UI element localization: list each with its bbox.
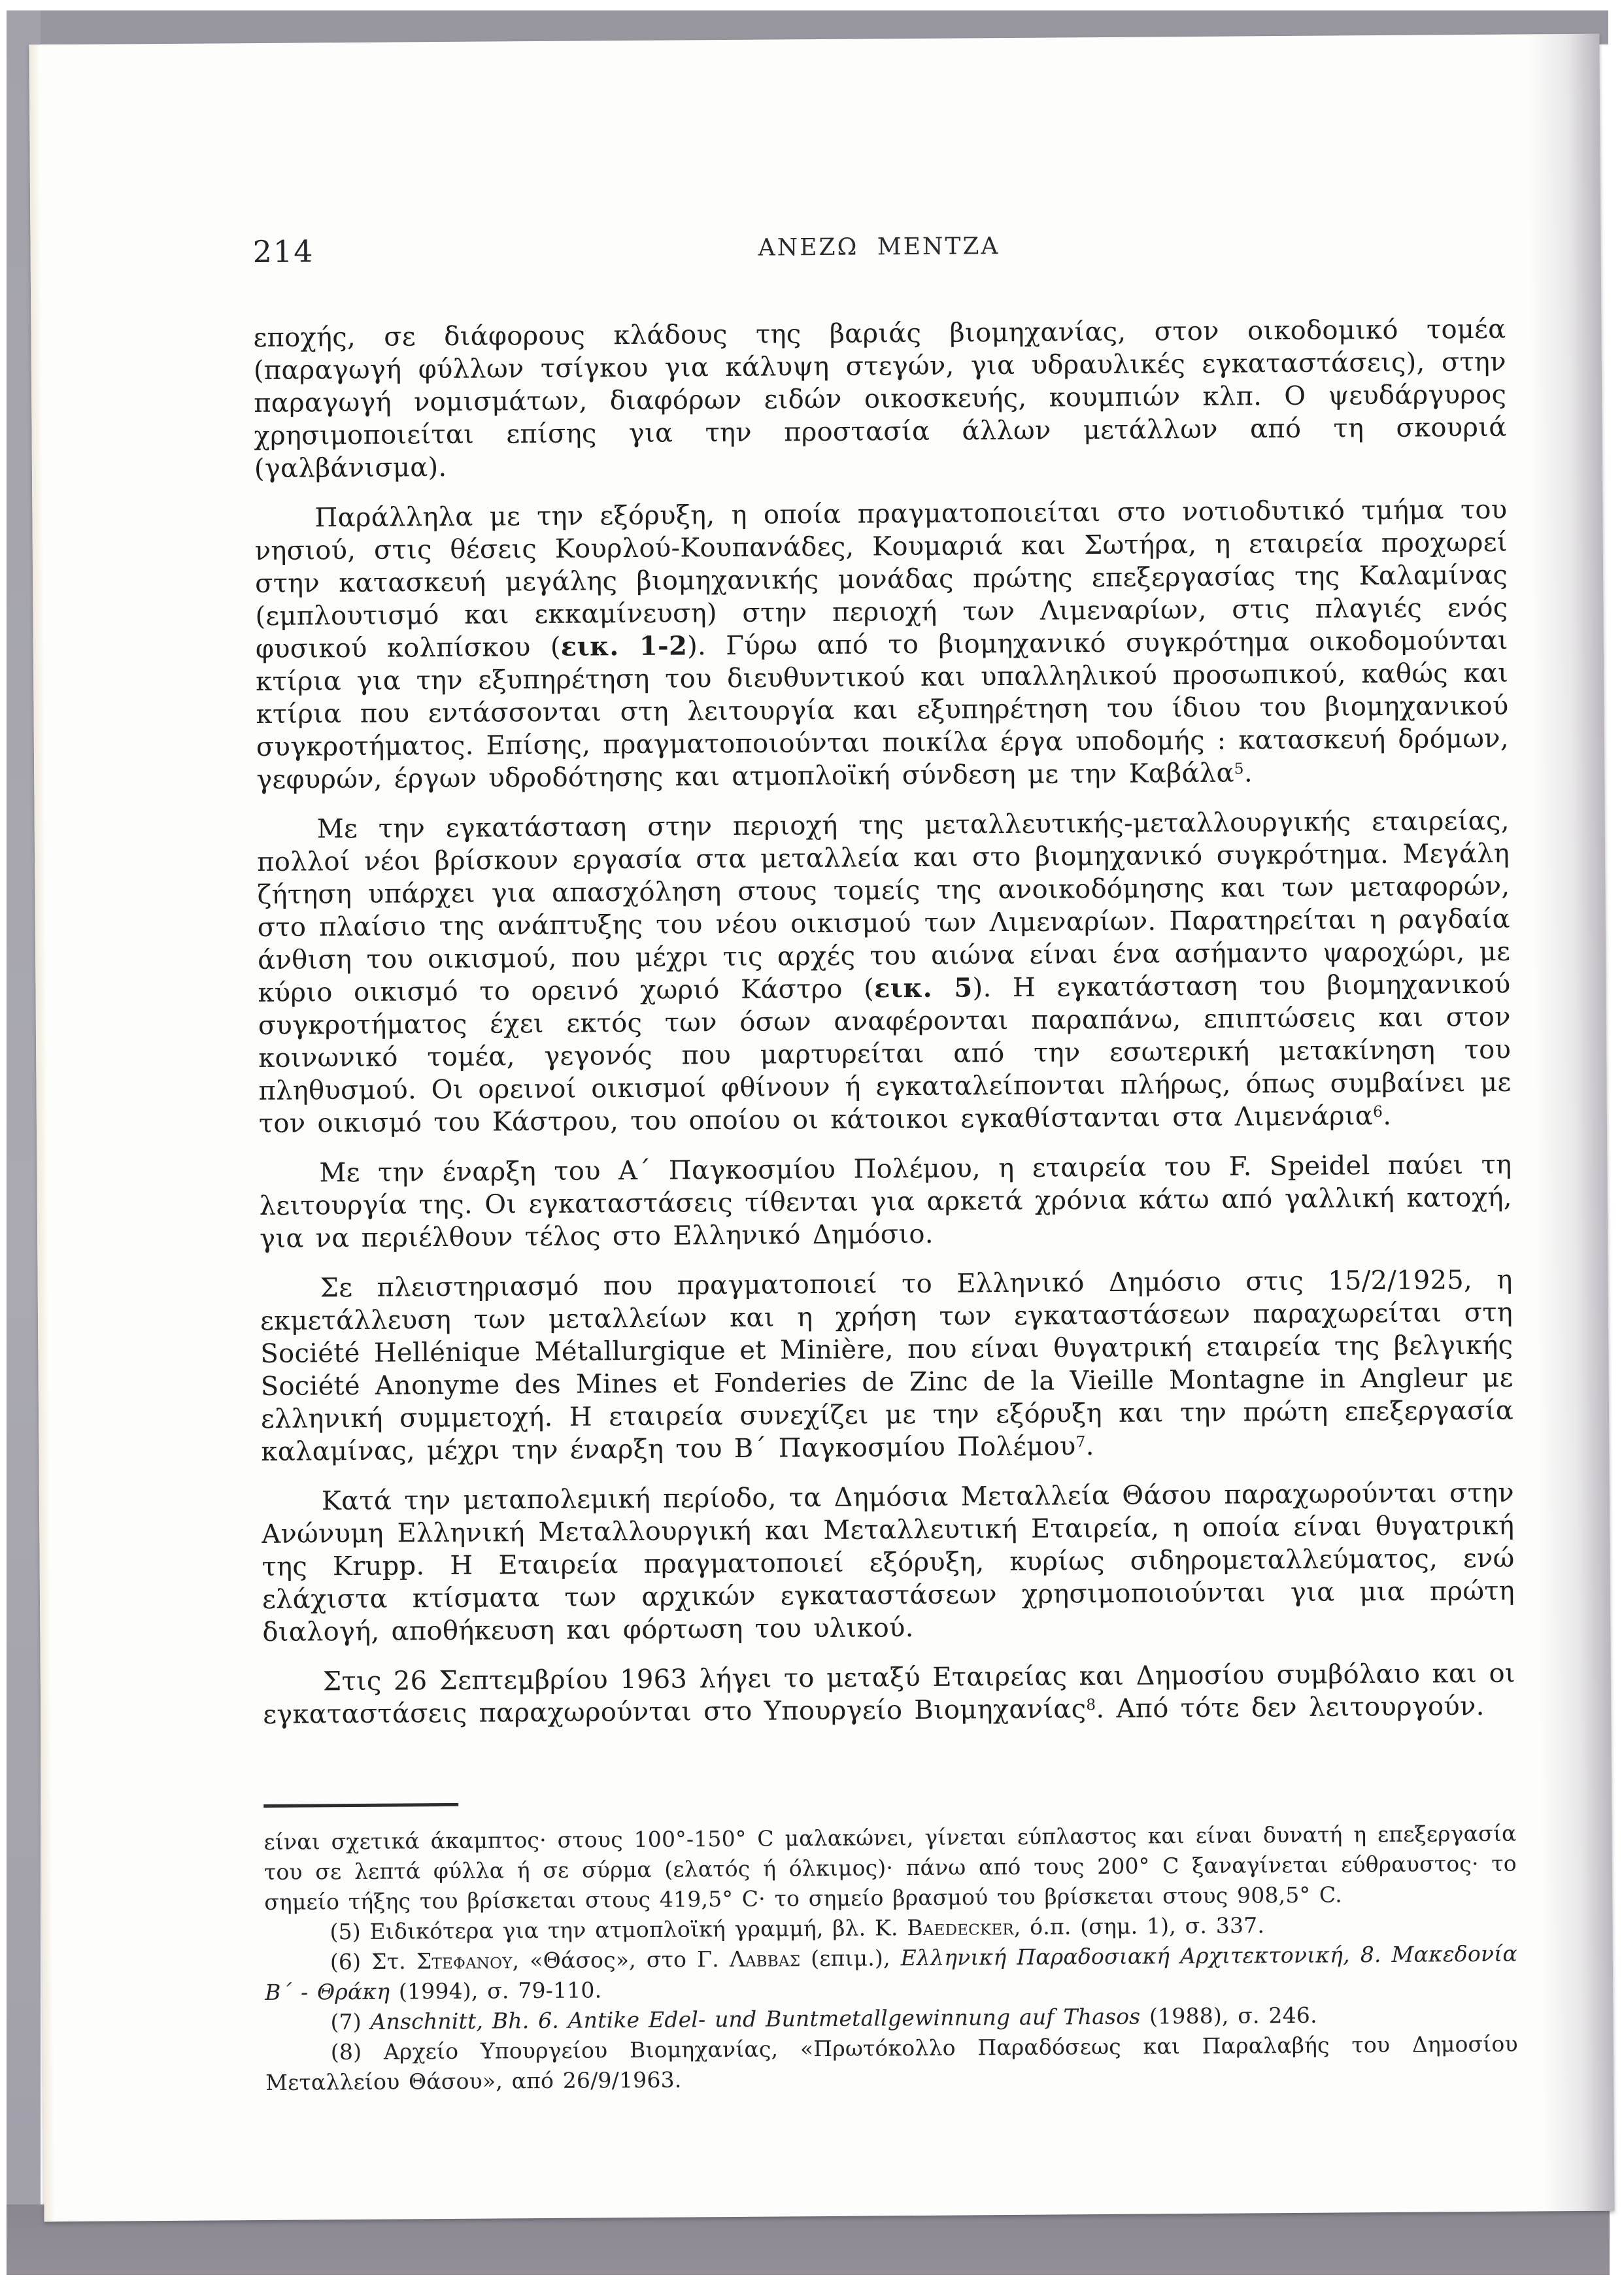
text-segment: .	[1085, 1431, 1094, 1461]
text-segment: εποχής, σε διάφορους κλάδους της βαριάς …	[253, 314, 1506, 484]
text-segment: Σε πλειστηριασμό που πραγματοποιεί το Ελ…	[260, 1265, 1513, 1467]
footnotes: είναι σχετικά άκαμπτος· στους 100°-150° …	[263, 1819, 1518, 2098]
running-header-author: ΑΝΕΖΩ ΜΕΝΤΖΑ	[758, 233, 1000, 262]
text-segment: εικ. 1-2	[561, 630, 688, 662]
body-text: εποχής, σε διάφορους κλάδους της βαριάς …	[253, 313, 1515, 1731]
text-segment: (7)	[330, 2009, 370, 2034]
text-segment: (5) Ειδικότερα για την ατμοπλοϊκή γραμμή…	[329, 1915, 907, 1944]
page-header: 214 ΑΝΕΖΩ ΜΕΝΤΖΑ	[252, 226, 1505, 272]
text-segment: Με την έναρξη του Α΄ Παγκοσμίου Πολέμου,…	[260, 1150, 1512, 1254]
text-segment: Baedecker	[907, 1914, 1014, 1940]
body-paragraph: Κατά την μεταπολεμική περίοδο, τα Δημόσι…	[262, 1477, 1515, 1649]
footnote-separator-rule	[263, 1803, 458, 1808]
text-segment: .	[1383, 1101, 1391, 1131]
text-segment: . Από τότε δεν λειτουργούν.	[1096, 1691, 1485, 1724]
text-segment: (6) Στ.	[330, 1948, 416, 1974]
footnote-reference: 5	[1234, 760, 1244, 778]
footnote-reference: 8	[1086, 1697, 1096, 1714]
footnote-reference: 6	[1373, 1103, 1383, 1121]
page-content: 214 ΑΝΕΖΩ ΜΕΝΤΖΑ εποχής, σε διάφορους κλ…	[29, 34, 1614, 2222]
body-paragraph: Με την εγκατάσταση στην περιοχή της μετα…	[257, 805, 1512, 1140]
body-paragraph: Με την έναρξη του Α΄ Παγκοσμίου Πολέμου,…	[259, 1149, 1512, 1255]
text-segment: (επιμ.),	[800, 1945, 901, 1971]
text-segment: Λαββας	[730, 1946, 801, 1972]
page-number: 214	[252, 233, 314, 269]
text-segment: , «Θάσος», στο Γ.	[512, 1946, 730, 1973]
footnote-entry: (6) Στ. Στεφανου, «Θάσος», στο Γ. Λαββας…	[265, 1939, 1518, 2008]
text-segment: Anschnitt, Bh. 6. Antike Edel- und Buntm…	[370, 2004, 1140, 2034]
footnote-entry: είναι σχετικά άκαμπτος· στους 100°-150° …	[263, 1819, 1517, 1917]
body-paragraph: Παράλληλα με την εξόρυξη, η οποία πραγμα…	[254, 494, 1509, 796]
text-segment: (1994), σ. 79-110.	[390, 1977, 601, 2004]
text-segment: είναι σχετικά άκαμπτος· στους 100°-150° …	[263, 1821, 1517, 1915]
text-segment: (8) Αρχείο Υπουργείου Βιομηχανίας, «Πρωτ…	[265, 2031, 1518, 2095]
text-segment: Στεφανου	[416, 1948, 513, 1974]
running-header: ΑΝΕΖΩ ΜΕΝΤΖΑ	[252, 226, 1505, 265]
body-paragraph: Στις 26 Σεπτεμβρίου 1963 λήγει το μεταξύ…	[263, 1657, 1516, 1731]
footnote-reference: 7	[1075, 1434, 1085, 1451]
text-segment: Κατά την μεταπολεμική περίοδο, τα Δημόσι…	[262, 1478, 1515, 1647]
scanned-document: 214 ΑΝΕΖΩ ΜΕΝΤΖΑ εποχής, σε διάφορους κλ…	[0, 0, 1622, 2296]
footnote-entry: (8) Αρχείο Υπουργείου Βιομηχανίας, «Πρωτ…	[265, 2029, 1519, 2098]
body-paragraph: εποχής, σε διάφορους κλάδους της βαριάς …	[253, 313, 1507, 485]
book-page: 214 ΑΝΕΖΩ ΜΕΝΤΖΑ εποχής, σε διάφορους κλ…	[29, 34, 1614, 2222]
text-segment: εικ. 5	[874, 972, 973, 1004]
text-segment: (1988), σ. 246.	[1140, 2002, 1317, 2029]
text-segment: , ό.π. (σημ. 1), σ. 337.	[1014, 1912, 1265, 1940]
text-segment: .	[1244, 758, 1253, 788]
body-paragraph: Σε πλειστηριασμό που πραγματοποιεί το Ελ…	[260, 1264, 1514, 1468]
